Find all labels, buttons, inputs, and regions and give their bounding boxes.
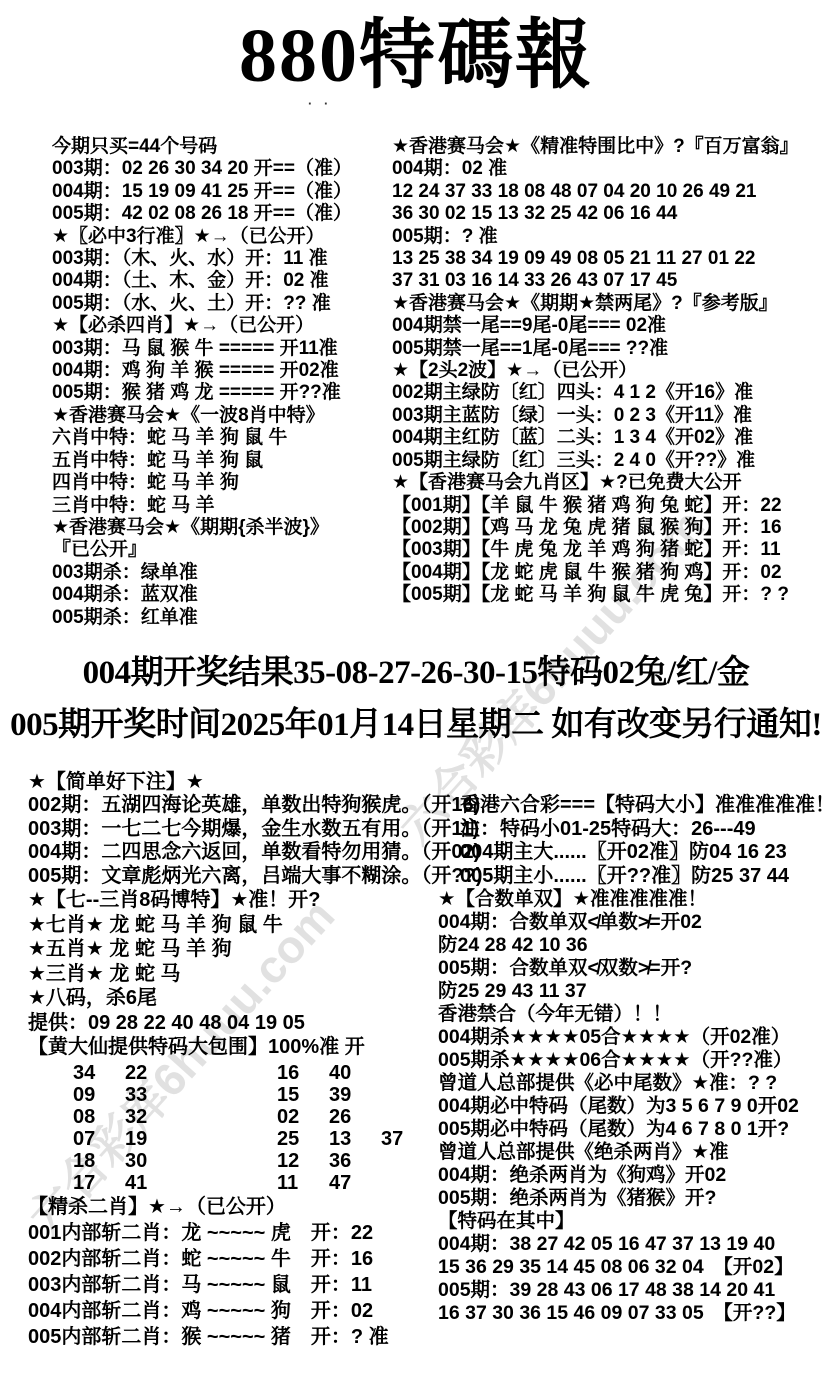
number-cell <box>381 1062 433 1084</box>
text-line: 005期：42 02 08 26 18 开==（准） <box>52 203 392 225</box>
text-line: 004期杀★★★★05合★★★★（开02准） <box>438 1026 830 1049</box>
number-row: 08 32 02 26 <box>28 1106 438 1128</box>
number-cell: 11 <box>277 1172 329 1194</box>
number-cell: 36 <box>329 1150 381 1172</box>
text-line: 004期：38 27 42 05 16 47 37 13 19 40 <box>438 1233 830 1256</box>
text-line: ★五肖★ 龙 蛇 马 羊 狗 <box>28 937 438 962</box>
number-cell: 37 <box>381 1128 433 1150</box>
text-line: 四肖中特：蛇 马 羊 狗 <box>52 472 392 494</box>
text-line: 16 37 30 36 15 46 09 07 33 05 【开??】 <box>438 1302 830 1325</box>
number-row: 17 41 11 47 <box>28 1172 438 1194</box>
text-line: 12 24 37 33 18 08 48 07 04 20 10 26 49 2… <box>392 181 830 203</box>
text-line: ★【2头2波】★→（已公开） <box>392 360 830 382</box>
title-dots: · · <box>308 98 832 110</box>
report-page: 880特碼報 · · 今期只买=44个号码003期：02 26 30 34 20… <box>0 14 832 1350</box>
text-line: ★七肖★ 龙 蛇 马 羊 狗 鼠 牛 <box>28 913 438 938</box>
top-left-column: 今期只买=44个号码003期：02 26 30 34 20 开==（准）004期… <box>52 136 392 629</box>
text-line: 004期必中特码（尾数）为3 5 6 7 9 0开02 <box>438 1095 830 1118</box>
zodiac-pick-list: ★【七--三肖8码博特】★准！开?★七肖★ 龙 蛇 马 羊 狗 鼠 牛★五肖★ … <box>28 888 438 1060</box>
text-line: 002内部斩二肖：蛇 ~~~~~ 牛 开：16 <box>28 1246 438 1272</box>
text-line: ★【香港赛马会九肖区】★?已免费大公开 <box>392 472 830 494</box>
number-cell: 18 <box>73 1150 125 1172</box>
number-cell: 30 <box>125 1150 177 1172</box>
number-cell <box>381 1106 433 1128</box>
number-cell: 47 <box>329 1172 381 1194</box>
number-cell <box>381 1150 433 1172</box>
quote-right: 004期主大......〖开02准〗防04 16 23 <box>460 841 830 865</box>
text-line: 004期：绝杀两肖为《狗鸡》开02 <box>438 1164 830 1187</box>
number-row: 07 19 25 13 37 <box>28 1128 438 1150</box>
number-cell: 41 <box>125 1172 177 1194</box>
number-cell: 13 <box>329 1128 381 1150</box>
quote-row: 005期：文章彪炳光六离，吕端大事不糊涂。（开??) 005期主小......〖… <box>28 865 830 889</box>
text-line: 15 36 29 35 14 45 08 06 32 04 【开02】 <box>438 1256 830 1279</box>
text-line: 【特码在其中】 <box>438 1210 830 1233</box>
text-line: 004期：（土、木、金）开：02 准 <box>52 270 392 292</box>
number-row: 09 33 15 39 <box>28 1084 438 1106</box>
text-line: 五肖中特：蛇 马 羊 狗 鼠 <box>52 450 392 472</box>
number-cell: 16 <box>277 1062 329 1084</box>
quote-right: 香港六合彩===【特码大小】准准准准准！ <box>460 794 832 818</box>
number-cell: 25 <box>277 1128 329 1150</box>
number-cell: 33 <box>125 1084 177 1106</box>
text-line: 003期杀：绿单准 <box>52 562 392 584</box>
text-line: 003期：（木、火、水）开：11 准 <box>52 248 392 270</box>
text-line: 提供：09 28 22 40 48 04 19 05 <box>28 1011 438 1036</box>
number-table: 34 22 16 40 09 33 15 39 08 32 02 <box>28 1062 438 1194</box>
text-line: 曾道人总部提供《必中尾数》★准：? ? <box>438 1072 830 1095</box>
text-line: 004内部斩二肖：鸡 ~~~~~ 狗 开：02 <box>28 1298 438 1324</box>
text-line: 三肖中特：蛇 马 羊 <box>52 495 392 517</box>
kill-two-zodiac-list: 【精杀二肖】★→（已公开）001内部斩二肖：龙 ~~~~~ 虎 开：22002内… <box>28 1194 438 1350</box>
result-banner-line-1: 004期开奖结果35-08-27-26-30-15特码02兔/红/金 <box>0 651 832 695</box>
top-right-column: ★香港赛马会★《精准特围比中》?『百万富翁』004期：02 准12 24 37 … <box>392 136 830 629</box>
text-line: 【精杀二肖】★→（已公开） <box>28 1194 438 1220</box>
text-line: 【001期】【羊 鼠 牛 猴 猪 鸡 狗 兔 蛇】开：22 <box>392 495 830 517</box>
text-line: 004期：02 准 <box>392 158 830 180</box>
quote-left: 002期：五湖四海论英雄，单数出特狗猴虎。（开16) <box>28 794 460 818</box>
text-line: 005期：绝杀两肖为《猪猴》开? <box>438 1187 830 1210</box>
text-line: 003内部斩二肖：马 ~~~~~ 鼠 开：11 <box>28 1272 438 1298</box>
result-banner: 004期开奖结果35-08-27-26-30-15特码02兔/红/金 005期开… <box>0 651 832 747</box>
number-cell: 34 <box>73 1062 125 1084</box>
text-line: 005期：合数单双≮双数≯=开? <box>438 957 830 980</box>
intro-rows: 002期：五湖四海论英雄，单数出特狗猴虎。（开16) 香港六合彩===【特码大小… <box>28 794 830 888</box>
number-cell: 19 <box>125 1128 177 1150</box>
text-line: 005期：39 28 43 06 17 48 38 14 20 41 <box>438 1279 830 1302</box>
number-cell: 09 <box>73 1084 125 1106</box>
text-line: ★八码，杀6尾 <box>28 986 438 1011</box>
text-line: 004期：合数单双≮单数≯=开02 <box>438 911 830 934</box>
quote-right: 005期主小......〖开??准〗防25 37 44 <box>460 865 830 889</box>
text-line: 003期主蓝防〔绿〕一头：0 2 3《开11》准 <box>392 405 830 427</box>
text-line: 005期主绿防〔红〕三头：2 4 0《开??》准 <box>392 450 830 472</box>
text-line: 004期：15 19 09 41 25 开==（准） <box>52 181 392 203</box>
text-line: 【004期】【龙 蛇 虎 鼠 牛 猴 猪 狗 鸡】开：02 <box>392 562 830 584</box>
text-line: 004期杀：蓝双准 <box>52 584 392 606</box>
number-cell: 15 <box>277 1084 329 1106</box>
text-line: 005期杀：红单准 <box>52 607 392 629</box>
intro-header: ★【简单好下注】★ <box>28 771 830 795</box>
result-banner-line-2: 005期开奖时间2025年01月14日星期二 如有改变另行通知! <box>0 703 832 747</box>
text-line: 005期：（水、火、土）开：?? 准 <box>52 293 392 315</box>
quote-row: 002期：五湖四海论英雄，单数出特狗猴虎。（开16) 香港六合彩===【特码大小… <box>28 794 830 818</box>
number-cell: 07 <box>73 1128 125 1150</box>
number-cell: 17 <box>73 1172 125 1194</box>
text-line: 005期杀★★★★06合★★★★（开??准） <box>438 1049 830 1072</box>
quote-row: 003期：一七二七今期爆，金生水数五有用。（开11) 注：特码小01-25特码大… <box>28 818 830 842</box>
text-line: 004期：鸡 狗 羊 猴 ===== 开02准 <box>52 360 392 382</box>
bottom-columns: ★【七--三肖8码博特】★准！开?★七肖★ 龙 蛇 马 羊 狗 鼠 牛★五肖★ … <box>28 888 830 1350</box>
report-title: 880特碼報 <box>0 14 832 98</box>
number-cell: 02 <box>277 1106 329 1128</box>
text-line: ★【七--三肖8码博特】★准！开? <box>28 888 438 913</box>
text-line: 005期禁一尾==1尾-0尾=== ??准 <box>392 338 830 360</box>
text-line: ★香港赛马会★《精准特围比中》?『百万富翁』 <box>392 136 830 158</box>
text-line: 001内部斩二肖：龙 ~~~~~ 虎 开：22 <box>28 1220 438 1246</box>
text-line: 『已公开』 <box>52 539 392 561</box>
text-line: ★香港赛马会★《一波8肖中特》 <box>52 405 392 427</box>
text-line: 005期必中特码（尾数）为4 6 7 8 0 1开? <box>438 1118 830 1141</box>
number-cell <box>381 1084 433 1106</box>
quote-left: 004期：二四思念六返回，单数看特勿用猜。（开02) <box>28 841 460 865</box>
text-line: 六肖中特：蛇 马 羊 狗 鼠 牛 <box>52 427 392 449</box>
text-line: 【黄大仙提供特码大包围】100%准 开 <box>28 1035 438 1060</box>
text-line: 004期主红防〔蓝〕二头：1 3 4《开02》准 <box>392 427 830 449</box>
quote-right: 注：特码小01-25特码大：26---49 <box>460 818 830 842</box>
text-line: 005内部斩二肖：猴 ~~~~~ 猪 开：? 准 <box>28 1324 438 1350</box>
text-line: 005期：猴 猪 鸡 龙 ===== 开??准 <box>52 382 392 404</box>
text-line: ★三肖★ 龙 蛇 马 <box>28 962 438 987</box>
text-line: 防24 28 42 10 36 <box>438 934 830 957</box>
text-line: ★香港赛马会★《期期★禁两尾》?『参考版』 <box>392 293 830 315</box>
number-cell <box>381 1172 433 1194</box>
text-line: ★香港赛马会★《期期{杀半波}》 <box>52 517 392 539</box>
number-cell: 08 <box>73 1106 125 1128</box>
top-section: 今期只买=44个号码003期：02 26 30 34 20 开==（准）004期… <box>0 136 832 629</box>
number-cell: 39 <box>329 1084 381 1106</box>
text-line: 37 31 03 16 14 33 26 43 07 17 45 <box>392 270 830 292</box>
bottom-section: ★【简单好下注】★ 002期：五湖四海论英雄，单数出特狗猴虎。（开16) 香港六… <box>0 771 832 1350</box>
text-line: 曾道人总部提供《绝杀两肖》★准 <box>438 1141 830 1164</box>
quote-left: 005期：文章彪炳光六离，吕端大事不糊涂。（开??) <box>28 865 460 889</box>
number-cell: 12 <box>277 1150 329 1172</box>
quote-row: 004期：二四思念六返回，单数看特勿用猜。（开02) 004期主大......〖… <box>28 841 830 865</box>
text-line: 香港禁合（今年无错）！！ <box>438 1003 830 1026</box>
text-line: 【003期】【牛 虎 兔 龙 羊 鸡 狗 猪 蛇】开：11 <box>392 539 830 561</box>
number-row: 18 30 12 36 <box>28 1150 438 1172</box>
number-cell: 40 <box>329 1062 381 1084</box>
text-line: ★【合数单双】★准准准准准！ <box>438 888 830 911</box>
number-cell: 32 <box>125 1106 177 1128</box>
bottom-right-column: ★【合数单双】★准准准准准！004期：合数单双≮单数≯=开02防24 28 42… <box>438 888 830 1350</box>
text-line: 004期禁一尾==9尾-0尾=== 02准 <box>392 315 830 337</box>
text-line: 002期主绿防〔红〕四头：4 1 2《开16》准 <box>392 382 830 404</box>
text-line: ★〖必中3行准〗★→（已公开） <box>52 226 392 248</box>
text-line: 36 30 02 15 13 32 25 42 06 16 44 <box>392 203 830 225</box>
text-line: 003期：马 鼠 猴 牛 ===== 开11准 <box>52 338 392 360</box>
text-line: ★【必杀四肖】★→（已公开） <box>52 315 392 337</box>
text-line: 今期只买=44个号码 <box>52 136 392 158</box>
bottom-left-column: ★【七--三肖8码博特】★准！开?★七肖★ 龙 蛇 马 羊 狗 鼠 牛★五肖★ … <box>28 888 438 1350</box>
quote-left: 003期：一七二七今期爆，金生水数五有用。（开11) <box>28 818 460 842</box>
number-cell: 26 <box>329 1106 381 1128</box>
text-line: 005期：? 准 <box>392 226 830 248</box>
text-line: 【005期】【龙 蛇 马 羊 狗 鼠 牛 虎 兔】开：? ? <box>392 584 830 606</box>
number-row: 34 22 16 40 <box>28 1062 438 1084</box>
number-cell: 22 <box>125 1062 177 1084</box>
text-line: 003期：02 26 30 34 20 开==（准） <box>52 158 392 180</box>
text-line: 防25 29 43 11 37 <box>438 980 830 1003</box>
text-line: 13 25 38 34 19 09 49 08 05 21 11 27 01 2… <box>392 248 830 270</box>
text-line: 【002期】【鸡 马 龙 兔 虎 猪 鼠 猴 狗】开：16 <box>392 517 830 539</box>
